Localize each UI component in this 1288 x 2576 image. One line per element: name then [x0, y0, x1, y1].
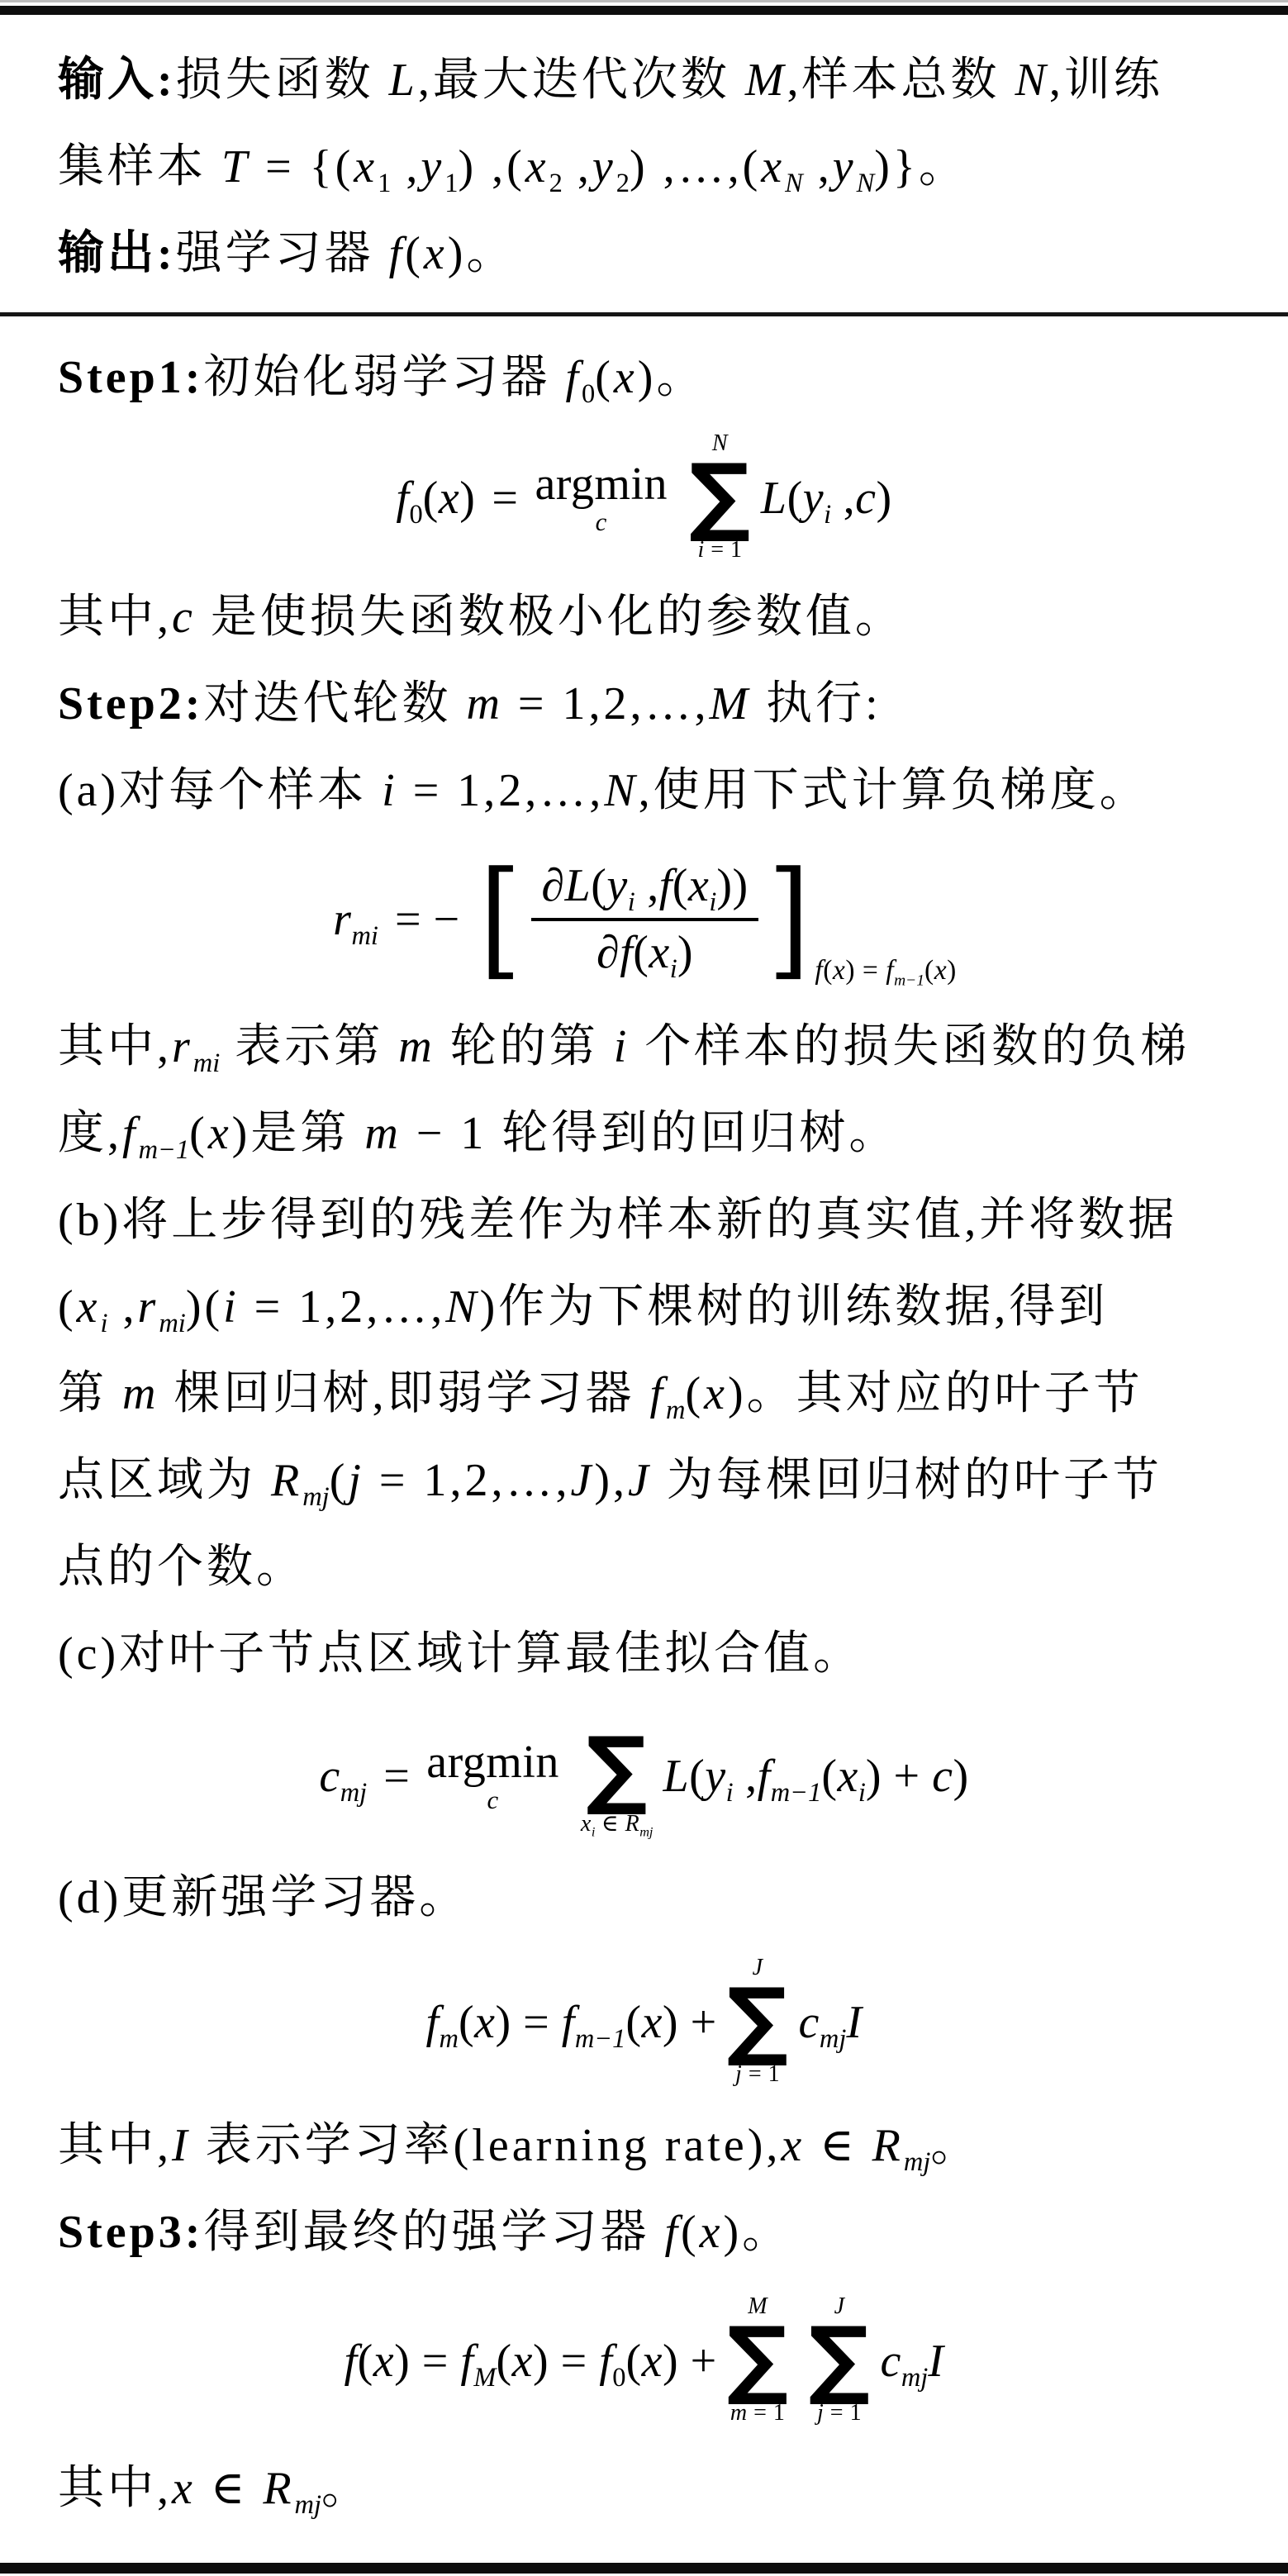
text-run: N — [445, 1281, 479, 1333]
text-run: c — [487, 1786, 499, 1814]
text-run: 其中, — [58, 592, 172, 643]
text-run: ( — [496, 2336, 511, 2387]
text-run: ∈ — [196, 2463, 263, 2514]
text-run: ) — [677, 927, 693, 978]
text-run: f — [389, 228, 406, 279]
text-run: 轮的第 — [435, 1021, 614, 1072]
subscript: 2 — [616, 169, 630, 198]
text-run: )。 — [638, 352, 706, 403]
text-run: ), — [594, 1455, 628, 1506]
text-run: 初始化弱学习器 — [203, 352, 565, 403]
text-run: 个样本的损失函数的负梯 — [630, 1021, 1190, 1072]
text-run: = 1 — [705, 537, 743, 563]
sum-operator-inner: J ∑ j = 1 — [809, 2294, 871, 2426]
text-run: x — [208, 1108, 232, 1159]
text-run: xi — [688, 860, 716, 911]
text-run: x — [704, 1368, 728, 1419]
text-run: ) = — [496, 1997, 562, 2048]
text-run: ∂L — [541, 860, 591, 911]
sum-lower-limit: m = 1 — [730, 2400, 786, 2426]
subscript: i — [709, 887, 716, 917]
section-divider — [0, 312, 1288, 316]
text-run: m — [398, 1021, 435, 1072]
subscript: i — [628, 887, 635, 917]
formula-tail: cmjI — [880, 2335, 943, 2388]
text-run: x — [439, 473, 459, 524]
text-run: f — [659, 860, 673, 911]
sigma-icon: ∑ — [727, 2320, 789, 2398]
text-run: f0 — [396, 473, 422, 524]
line-item-b-4: 点区域为 Rmj(j = 1,2,…,J),J 为每棵回归树的叶子节 — [58, 1438, 1230, 1524]
subscript: N — [785, 169, 803, 198]
text-run: 输入: — [58, 55, 176, 106]
text-run: = 1,2,…, — [240, 1281, 446, 1333]
right-bracket: ] — [768, 872, 810, 967]
text-run: = 1,2,…, — [364, 1455, 571, 1506]
subscript: 0 — [582, 379, 595, 409]
formula-tail: cmjI — [799, 1996, 863, 2049]
line-item-b-5: 点的个数。 — [58, 1524, 1230, 1611]
text-run: cmj — [799, 1997, 847, 2048]
text-run: rmi — [138, 1281, 186, 1333]
text-run: xi — [77, 1281, 108, 1333]
text-run: )。 — [448, 228, 516, 279]
subscript: mj — [295, 2490, 321, 2520]
text-run: f — [345, 2336, 358, 2387]
text-run: ) — [459, 473, 475, 524]
text-run: )作为下棵树的训练数据,得到 — [480, 1281, 1109, 1333]
formula-lhs: fm(x) = fm−1(x) + — [425, 1996, 716, 2049]
text-run: x — [474, 1997, 495, 2048]
text-run: 第 — [58, 1368, 122, 1419]
text-run: fM — [460, 2336, 496, 2387]
text-run: ( — [405, 228, 424, 279]
text-run: I — [172, 2120, 191, 2171]
formula-body: L(yi ,c) — [761, 472, 892, 525]
text-run: = 1 — [824, 2400, 862, 2426]
text-run: i — [382, 765, 398, 816]
text-run: , — [831, 473, 855, 524]
text-run: ( — [626, 2336, 642, 2387]
subscript: 1 — [378, 169, 391, 198]
subscript: 1 — [444, 169, 458, 198]
text-run: cmj — [880, 2336, 928, 2387]
text-run: xi — [649, 927, 677, 978]
text-run: M — [745, 55, 787, 106]
text-run: 得到最终的强学习器 — [203, 2207, 664, 2258]
text-run: 执行: — [751, 678, 882, 730]
algorithm-document-page: 输入:损失函数 L,最大迭代次数 M,样本总数 N,训练 集样本 T = {(x… — [0, 0, 1288, 2576]
line-where-learning-rate: 其中,I 表示学习率(learning rate),x ∈ Rmj。 — [58, 2103, 1230, 2189]
text-run: rmi — [172, 1021, 220, 1072]
subscript: m — [666, 1395, 685, 1425]
top-border-thin — [0, 0, 1288, 2]
text-run: xi — [581, 1811, 595, 1837]
text-run: c — [596, 508, 607, 536]
subscript: m−1 — [771, 1778, 822, 1808]
text-run: 集样本 — [58, 141, 221, 192]
text-run: ( — [358, 2336, 373, 2387]
text-run: ) + — [866, 1751, 932, 1802]
sigma-icon: ∑ — [809, 2320, 871, 2398]
text-run: ,训练 — [1049, 55, 1163, 106]
text-run: ∈ — [595, 1811, 625, 1837]
line-where-x: 其中,x ∈ Rmj。 — [58, 2445, 1230, 2532]
text-run: m — [364, 1108, 401, 1159]
text-run: , — [391, 141, 421, 192]
text-run: (d)更新强学习器。 — [58, 1872, 468, 1923]
text-run: 度, — [58, 1108, 122, 1159]
text-run: ( — [595, 352, 614, 403]
subscript: i — [824, 500, 831, 530]
text-run: 输出: — [58, 228, 176, 279]
subscript: 0 — [409, 500, 422, 530]
formula-update-learner: fm(x) = fm−1(x) + J ∑ j = 1 cmjI — [58, 1942, 1230, 2103]
text-run: T — [221, 141, 250, 192]
subscript: mj — [302, 1482, 329, 1512]
line-where-r-2: 度,fm−1(x)是第 m − 1 轮得到的回归树。 — [58, 1091, 1230, 1177]
sum-lower-limit: xi ∈ Rmj — [581, 1811, 654, 1837]
text-run: f — [815, 955, 823, 986]
text-run: ( — [459, 1997, 474, 2048]
sigma-icon: ∑ — [727, 1981, 789, 2060]
fraction: ∂L(yi ,f(xi)) ∂f(xi) — [531, 859, 758, 979]
text-run: i — [223, 1281, 240, 1333]
text-run: xi — [837, 1751, 865, 1802]
text-run: M — [710, 678, 752, 730]
text-run: x — [700, 2207, 724, 2258]
subscript: 0 — [612, 2363, 625, 2393]
text-run: ( — [681, 2207, 700, 2258]
text-run: ) ,…,( — [630, 141, 761, 192]
text-run: ( — [330, 1455, 349, 1506]
text-run: ) = — [394, 2336, 460, 2387]
text-run: , — [108, 1281, 138, 1333]
formula-best-fit: cmj = argmin c ∑ xi ∈ Rmj L(yi ,fm−1(xi)… — [58, 1698, 1230, 1855]
text-run: i — [614, 1021, 630, 1072]
text-run: x — [642, 2336, 663, 2387]
text-run: ( — [821, 1751, 837, 1802]
formula-lhs: cmj — [319, 1750, 367, 1803]
subscript: m−1 — [575, 2024, 626, 2054]
text-run: ) + — [663, 1997, 717, 2048]
subscript: mj — [901, 2363, 928, 2393]
text-run: L — [389, 55, 418, 106]
line-output: 输出:强学习器 f(x)。 — [58, 211, 1230, 297]
line-input-2: 集样本 T = {(x1 ,y1) ,(x2 ,y2) ,…,(xN ,yN)}… — [58, 124, 1230, 211]
text-run: ) ,( — [458, 141, 525, 192]
text-run: = 1,2,…, — [398, 765, 605, 816]
sum-lower-limit: j = 1 — [817, 2400, 862, 2426]
text-run: x — [512, 2336, 533, 2387]
equals-sign: = — [492, 472, 518, 525]
text-run: x — [614, 352, 638, 403]
line-step1: Step1:初始化弱学习器 f0(x)。 — [58, 335, 1230, 421]
text-run: ( — [924, 955, 934, 986]
line-where-r-1: 其中,rmi 表示第 m 轮的第 i 个样本的损失函数的负梯 — [58, 1004, 1230, 1091]
text-run: Step1: — [58, 352, 203, 403]
text-run: ∈ — [805, 2120, 872, 2171]
text-run: )。 — [724, 2207, 792, 2258]
text-run: 其中, — [58, 2463, 172, 2514]
text-run: ) — [876, 473, 891, 524]
algorithm-content: 输入:损失函数 L,最大迭代次数 M,样本总数 N,训练 集样本 T = {(x… — [0, 0, 1288, 2532]
text-run: 。 — [930, 2120, 980, 2171]
text-run: ( — [823, 955, 833, 986]
sum-operator-outer: M ∑ m = 1 — [727, 2294, 789, 2426]
formula-init-learner: f0(x) = argmin c N ∑ i = 1 L(yi ,c) — [58, 421, 1230, 574]
text-run: I — [846, 1997, 862, 2048]
text-run: m — [730, 2400, 748, 2426]
text-run: J — [571, 1455, 595, 1506]
text-run: 为每棵回归树的叶子节 — [652, 1455, 1162, 1506]
text-run: Step2: — [58, 678, 203, 730]
text-run: 点区域为 — [58, 1455, 271, 1506]
sigma-icon: ∑ — [586, 1730, 648, 1808]
text-run: ( — [423, 473, 439, 524]
line-input-1: 输入:损失函数 L,最大迭代次数 M,样本总数 N,训练 — [58, 37, 1230, 124]
subscript: mj — [904, 2147, 930, 2177]
sum-operator: ∑ xi ∈ Rmj — [581, 1715, 654, 1837]
line-item-c: (c)对叶子节点区域计算最佳拟合值。 — [58, 1611, 1230, 1698]
text-run: y2 — [592, 141, 630, 192]
subscript: mi — [193, 1048, 220, 1078]
text-run: Step3: — [58, 2207, 203, 2258]
text-run: 表示第 — [220, 1021, 398, 1072]
subscript: i — [726, 1778, 734, 1808]
formula-negative-gradient: rmi = − [ ∂L(yi ,f(xi)) ∂f(xi) ] f(x) = … — [58, 834, 1230, 1004]
text-run: cmj — [319, 1751, 367, 1802]
text-run: ) — [953, 1751, 968, 1802]
subscript: mj — [340, 1778, 367, 1808]
text-run: f0 — [565, 352, 595, 403]
text-run: fm — [649, 1368, 685, 1419]
text-run: J — [628, 1455, 652, 1506]
formula-lhs: f(x) = fM(x) = f0(x) + — [345, 2335, 717, 2388]
sum-lower-limit: i = 1 — [697, 537, 742, 563]
text-run: 对迭代轮数 — [203, 678, 466, 730]
text-run: 其中, — [58, 1021, 172, 1072]
subscript: i — [670, 954, 677, 984]
subscript: M — [473, 2363, 496, 2393]
text-run: 是使损失函数极小化的参数值。 — [196, 592, 905, 643]
text-run: )是第 — [232, 1108, 365, 1159]
sum-lower-limit: j = 1 — [735, 2061, 780, 2088]
text-run: )( — [186, 1281, 223, 1333]
text-run: = 1 — [748, 2400, 786, 2426]
argmin-word: argmin — [426, 1738, 559, 1787]
text-run: ,最大迭代次数 — [418, 55, 745, 106]
text-run: x — [373, 2336, 394, 2387]
text-run: x — [424, 228, 448, 279]
text-run: N — [604, 765, 638, 816]
text-run: yi — [705, 1751, 733, 1802]
text-run: ( — [58, 1281, 77, 1333]
bracket-condition: f(x) = fm−1(x) — [815, 955, 956, 986]
subscript: mj — [820, 2024, 846, 2054]
line-step3: Step3:得到最终的强学习器 f(x)。 — [58, 2189, 1230, 2276]
text-run: ) = — [845, 955, 886, 986]
text-run: yi — [606, 860, 634, 911]
text-run: L — [761, 473, 787, 524]
text-run: yN — [833, 141, 875, 192]
subscript: m — [440, 2024, 459, 2054]
text-run: 其中, — [58, 2120, 172, 2171]
text-run: ( — [591, 860, 606, 911]
text-run: 损失函数 — [176, 55, 389, 106]
line-item-b-2: (xi ,rmi)(i = 1,2,…,N)作为下棵树的训练数据,得到 — [58, 1264, 1230, 1351]
text-run: ,使用下式计算负梯度。 — [639, 765, 1149, 816]
text-run: )) — [716, 860, 748, 911]
text-run: Rmj — [872, 2120, 931, 2171]
text-run: m — [466, 678, 502, 730]
text-run: ( — [787, 473, 803, 524]
text-run: y1 — [421, 141, 458, 192]
bottom-border — [0, 2563, 1288, 2574]
subscript: mi — [159, 1309, 185, 1338]
top-border-thick — [0, 6, 1288, 15]
line-item-b-1: (b)将上步得到的残差作为样本新的真实值,并将数据 — [58, 1177, 1230, 1264]
text-run: c — [932, 1751, 953, 1802]
line-item-d: (d)更新强学习器。 — [58, 1855, 1230, 1942]
text-run: , — [803, 141, 833, 192]
text-run: i — [697, 537, 704, 563]
formula-lhs: f0(x) — [396, 472, 475, 525]
text-run: xN — [761, 141, 803, 192]
text-run: ) — [947, 955, 957, 986]
subscript: N — [857, 169, 875, 198]
subscript: mi — [351, 921, 378, 951]
text-run: )}。 — [874, 141, 968, 192]
text-run: rmi — [333, 894, 378, 945]
fraction-numerator: ∂L(yi ,f(xi)) — [531, 859, 758, 920]
sum-operator: J ∑ j = 1 — [727, 1956, 789, 2088]
text-run: (b)将上步得到的残差作为样本新的真实值,并将数据 — [58, 1195, 1177, 1246]
argmin-word: argmin — [535, 460, 668, 509]
line-step2: Step2:对迭代轮数 m = 1,2,…,M 执行: — [58, 661, 1230, 748]
formula-final-learner: f(x) = fM(x) = f0(x) + M ∑ m = 1 J ∑ j =… — [58, 2276, 1230, 2445]
line-where-c: 其中,c 是使损失函数极小化的参数值。 — [58, 574, 1230, 661]
text-run: x — [642, 1997, 663, 2048]
text-run: ( — [189, 1108, 208, 1159]
fraction-denominator: ∂f(xi) — [596, 921, 693, 979]
line-item-b-3: 第 m 棵回归树,即弱学习器 fm(x)。其对应的叶子节 — [58, 1351, 1230, 1438]
text-run: fm−1 — [758, 1751, 822, 1802]
text-run: L — [663, 1751, 689, 1802]
formula-body: L(yi ,fm−1(xi) + c) — [663, 1750, 968, 1803]
text-run: (a)对每个样本 — [58, 765, 382, 816]
text-run: ( — [689, 1751, 705, 1802]
subscript: m−1 — [139, 1135, 190, 1165]
equals-sign: = — [383, 1750, 410, 1803]
text-run: ( — [633, 927, 649, 978]
text-run: , — [734, 1751, 758, 1802]
text-run: (c)对叶子节点区域计算最佳拟合值。 — [58, 1628, 863, 1680]
sum-operator: N ∑ i = 1 — [689, 431, 751, 563]
text-run: 。 — [321, 2463, 371, 2514]
text-run: , — [563, 141, 592, 192]
argmin-subscript: c — [487, 1787, 499, 1813]
argmin-operator: argmin c — [535, 460, 668, 535]
text-run: )。其对应的叶子节 — [728, 1368, 1143, 1419]
text-run: ( — [673, 860, 688, 911]
subscript: mj — [639, 1824, 653, 1839]
text-run: x1 — [354, 141, 391, 192]
text-run: ) + — [663, 2336, 717, 2387]
text-run: x — [781, 2120, 805, 2171]
text-run: c — [172, 592, 196, 643]
text-run: = 1,2,…, — [503, 678, 710, 730]
text-run: ( — [685, 1368, 704, 1419]
text-run: yi — [803, 473, 831, 524]
text-run: x — [172, 2463, 196, 2514]
text-run: x2 — [525, 141, 563, 192]
subscript: m−1 — [894, 972, 924, 989]
sigma-icon: ∑ — [689, 457, 751, 535]
text-run: fm−1 — [122, 1108, 189, 1159]
text-run: I — [928, 2336, 943, 2387]
text-run: N — [1015, 55, 1048, 106]
left-bracket: [ — [480, 872, 522, 967]
text-run: f0 — [599, 2336, 625, 2387]
text-run: f — [664, 2207, 681, 2258]
subscript: i — [101, 1309, 108, 1338]
line-item-a: (a)对每个样本 i = 1,2,…,N,使用下式计算负梯度。 — [58, 748, 1230, 834]
text-run: ) = — [533, 2336, 599, 2387]
text-run: c — [855, 473, 876, 524]
text-run: 棵回归树,即弱学习器 — [159, 1368, 649, 1419]
text-run: m — [122, 1368, 159, 1419]
text-run: ,样本总数 — [787, 55, 1015, 106]
text-run: fm−1 — [562, 1997, 626, 2048]
text-run: ∂f — [596, 927, 633, 978]
formula-lhs: rmi — [333, 893, 378, 946]
text-run: x — [934, 955, 947, 986]
text-run: = 1 — [742, 2061, 780, 2087]
text-run: ( — [625, 1997, 641, 2048]
text-run: Rmj — [271, 1455, 330, 1506]
text-run: − 1 轮得到的回归树。 — [402, 1108, 899, 1159]
text-run: 点的个数。 — [58, 1542, 306, 1593]
text-run: x — [833, 955, 845, 986]
subscript: 2 — [549, 169, 563, 198]
subscript: i — [858, 1778, 866, 1808]
text-run: Rmj — [263, 2463, 321, 2514]
text-run: Rmj — [625, 1811, 654, 1837]
text-run: 表示学习率(learning rate), — [191, 2120, 782, 2171]
text-run: = {( — [250, 141, 354, 192]
text-run: 强学习器 — [176, 228, 389, 279]
equals-minus-sign: = − — [395, 893, 460, 946]
text-run: fm−1 — [886, 955, 924, 986]
text-run: j — [348, 1455, 364, 1506]
argmin-operator: argmin c — [426, 1738, 559, 1813]
argmin-subscript: c — [596, 509, 607, 535]
text-run: fm — [425, 1997, 459, 2048]
text-run: , — [635, 860, 659, 911]
